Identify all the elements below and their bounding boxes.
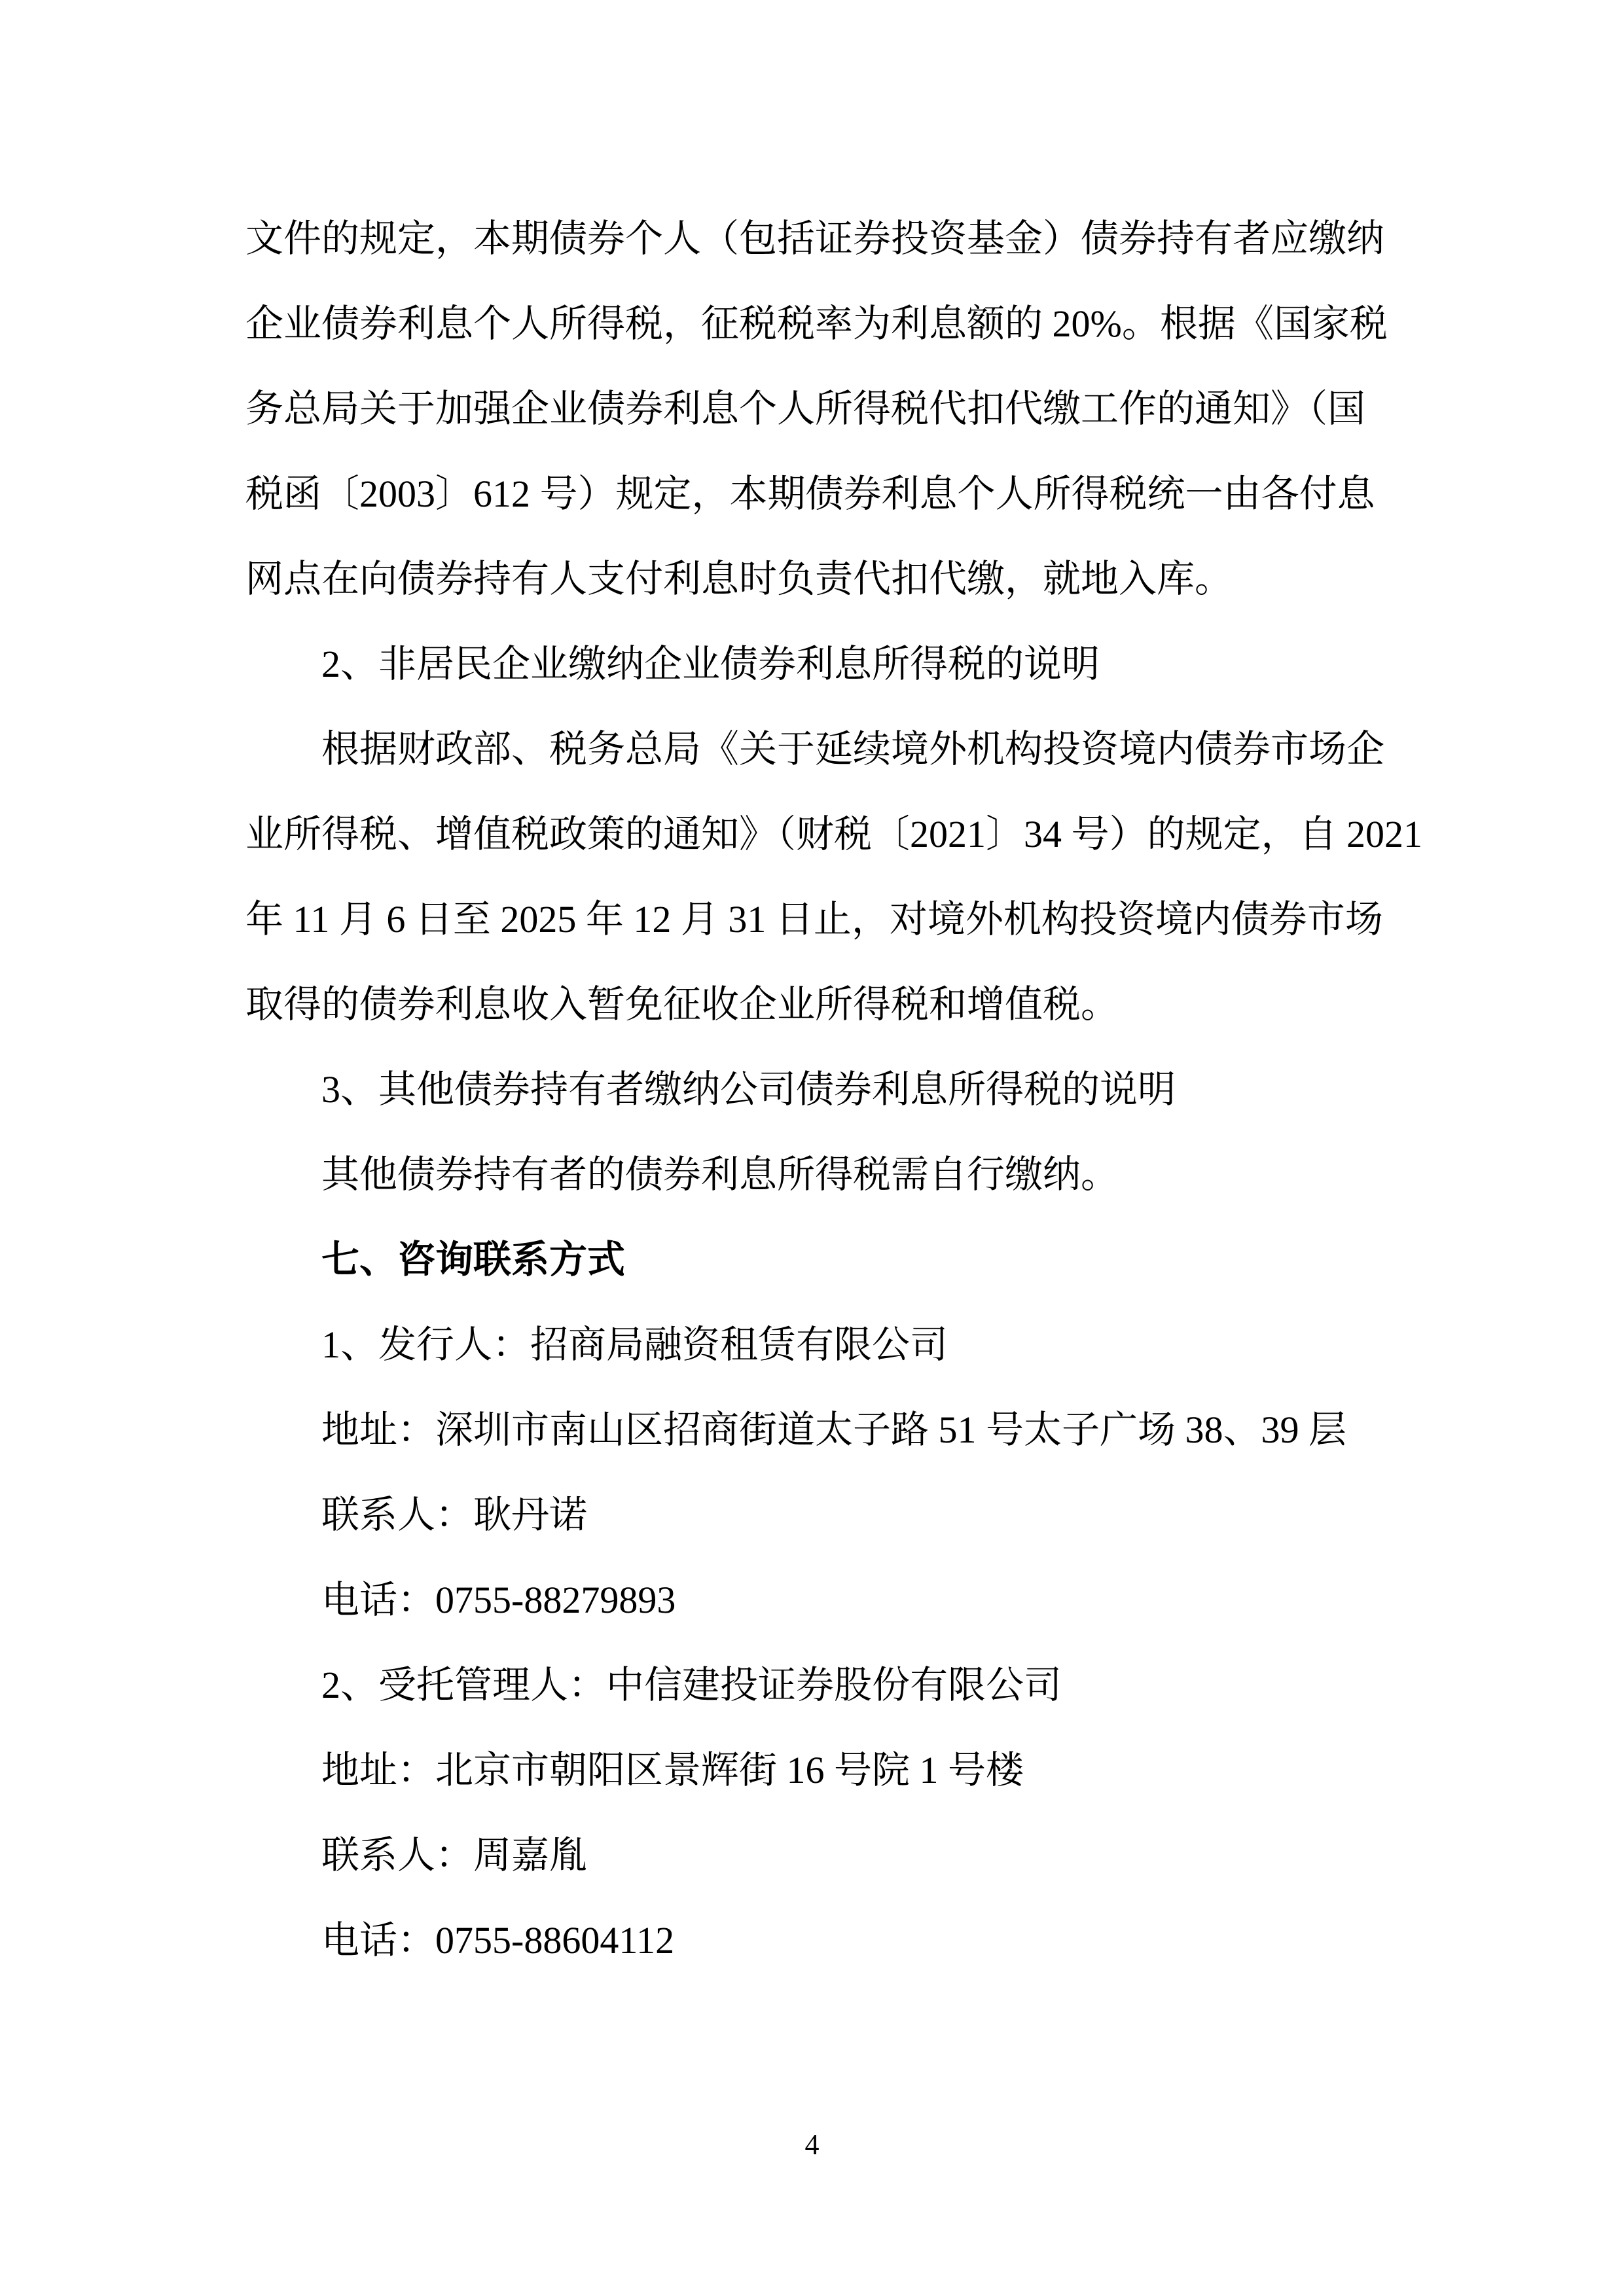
text-line: 取得的债券利息收入暂免征收企业所得税和增值税。 xyxy=(245,962,1384,1047)
text-line: 其他债券持有者的债券利息所得税需自行缴纳。 xyxy=(245,1132,1384,1217)
address-line: 地址：深圳市南山区招商街道太子路 51 号太子广场 38、39 层 xyxy=(245,1388,1384,1473)
text-line: 文件的规定，本期债券个人（包括证券投资基金）债券持有者应缴纳 xyxy=(245,196,1384,281)
page-footer: 4 xyxy=(0,2130,1624,2159)
text-line: 务总局关于加强企业债券利息个人所得税代扣代缴工作的通知》（国 xyxy=(245,367,1384,452)
text-line: 根据财政部、税务总局《关于延续境外机构投资境内债券市场企 xyxy=(245,707,1384,792)
list-item-heading: 2、非居民企业缴纳企业债券利息所得税的说明 xyxy=(245,622,1384,707)
text-line: 年 11 月 6 日至 2025 年 12 月 31 日止，对境外机构投资境内债… xyxy=(245,877,1384,962)
address-line: 地址：北京市朝阳区景辉街 16 号院 1 号楼 xyxy=(245,1728,1384,1813)
document-body: 文件的规定，本期债券个人（包括证券投资基金）债券持有者应缴纳 企业债券利息个人所… xyxy=(245,196,1384,1983)
text-line: 网点在向债券持有人支付利息时负责代扣代缴，就地入库。 xyxy=(245,537,1384,622)
document-page: 文件的规定，本期债券个人（包括证券投资基金）债券持有者应缴纳 企业债券利息个人所… xyxy=(0,0,1624,2296)
trustee-line: 2、受托管理人：中信建投证券股份有限公司 xyxy=(245,1643,1384,1728)
phone-line: 电话：0755-88604112 xyxy=(245,1898,1384,1983)
page-number: 4 xyxy=(805,2128,820,2161)
contact-person-line: 联系人：耿丹诺 xyxy=(245,1473,1384,1558)
section-heading: 七、咨询联系方式 xyxy=(245,1217,1384,1302)
text-line: 业所得税、增值税政策的通知》（财税〔2021〕34 号）的规定，自 2021 xyxy=(245,792,1384,877)
contact-person-line: 联系人：周嘉胤 xyxy=(245,1813,1384,1898)
list-item-heading: 3、其他债券持有者缴纳公司债券利息所得税的说明 xyxy=(245,1047,1384,1132)
text-line: 企业债券利息个人所得税，征税税率为利息额的 20%。根据《国家税 xyxy=(245,281,1384,367)
text-line: 税函〔2003〕612 号）规定，本期债券利息个人所得税统一由各付息 xyxy=(245,452,1384,537)
phone-line: 电话：0755-88279893 xyxy=(245,1558,1384,1643)
issuer-line: 1、发行人：招商局融资租赁有限公司 xyxy=(245,1302,1384,1388)
